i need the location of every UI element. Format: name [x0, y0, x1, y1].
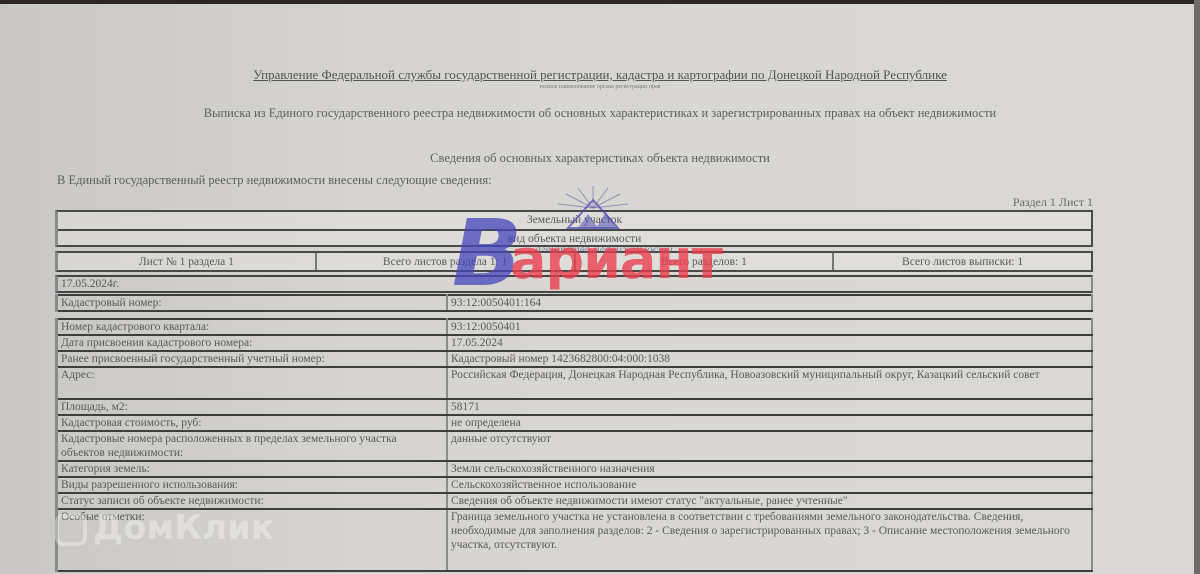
- row-value: Граница земельного участка не установлен…: [447, 509, 1092, 571]
- section-title: Сведения об основных характеристиках объ…: [0, 151, 1200, 166]
- table-row: Номер кадастрового квартала:93:12:005040…: [57, 319, 1093, 335]
- row-label: Дата присвоения кадастрового номера:: [57, 335, 448, 351]
- row-label: Статус записи об объекте недвижимости:: [57, 493, 448, 509]
- extract-title: Выписка из Единого государственного реес…: [0, 106, 1200, 121]
- sheet-number: Лист № 1 раздела 1: [58, 253, 317, 270]
- row-label: Номер кадастрового квартала:: [57, 319, 448, 335]
- domclick-logo-icon: [55, 514, 87, 546]
- row-value: 93:12:0050401: [447, 319, 1092, 335]
- table-row: Категория земель:Земли сельскохозяйствен…: [57, 461, 1093, 477]
- row-value: 58171: [447, 399, 1092, 415]
- row-label: Кадастровая стоимость, руб:: [57, 415, 448, 431]
- table-row: Виды разрешенного использования:Сельскох…: [57, 477, 1093, 493]
- site-watermark: ДомКлик: [55, 508, 274, 548]
- row-label: Площадь, м2:: [57, 399, 448, 415]
- row-label: Категория земель:: [57, 461, 448, 477]
- total-sheets-extract: Всего листов выписки: 1: [834, 253, 1091, 270]
- organization-caption: полное наименование органа регистрации п…: [0, 84, 1200, 90]
- table-row: Кадастровые номера расположенных в преде…: [57, 431, 1093, 461]
- row-label: Виды разрешенного использования:: [57, 477, 448, 493]
- table-row: Кадастровая стоимость, руб:не определена: [57, 415, 1093, 431]
- intro-text: В Единый государственный реестр недвижим…: [57, 173, 492, 188]
- site-watermark-text: ДомКлик: [93, 508, 274, 548]
- row-value: данные отсутствуют: [447, 431, 1092, 461]
- row-value: Сведения об объекте недвижимости имеют с…: [447, 493, 1092, 509]
- row-label: Адрес:: [57, 367, 448, 399]
- table-row: Статус записи об объекте недвижимости:Св…: [57, 493, 1093, 509]
- row-value: 17.05.2024: [447, 335, 1092, 351]
- row-value: не определена: [447, 415, 1092, 431]
- row-value: 93:12:0050401:164: [447, 295, 1092, 311]
- table-row: Кадастровый номер: 93:12:0050401:164: [57, 295, 1093, 311]
- organization-name: Управление Федеральной службы государств…: [0, 67, 1200, 83]
- row-value: Сельскохозяйственное использование: [447, 477, 1092, 493]
- section-sheet-label: Раздел 1 Лист 1: [1013, 195, 1093, 210]
- agency-watermark-name: ариант: [510, 233, 722, 287]
- row-value: Российская Федерация, Донецкая Народная …: [447, 367, 1092, 399]
- row-value: Кадастровый номер 1423682800:04:000:1038: [447, 351, 1092, 367]
- cadastral-number-table: Кадастровый номер: 93:12:0050401:164: [55, 294, 1093, 312]
- row-label: Ранее присвоенный государственный учетны…: [57, 351, 448, 367]
- table-row: Дата присвоения кадастрового номера:17.0…: [57, 335, 1093, 351]
- row-value: Земли сельскохозяйственного назначения: [447, 461, 1092, 477]
- table-row: Адрес:Российская Федерация, Донецкая Нар…: [57, 367, 1093, 399]
- table-row: Ранее присвоенный государственный учетны…: [57, 351, 1093, 367]
- table-row: Площадь, м2:58171: [57, 399, 1093, 415]
- row-label: Кадастровый номер:: [57, 295, 448, 311]
- row-label: Кадастровые номера расположенных в преде…: [57, 431, 448, 461]
